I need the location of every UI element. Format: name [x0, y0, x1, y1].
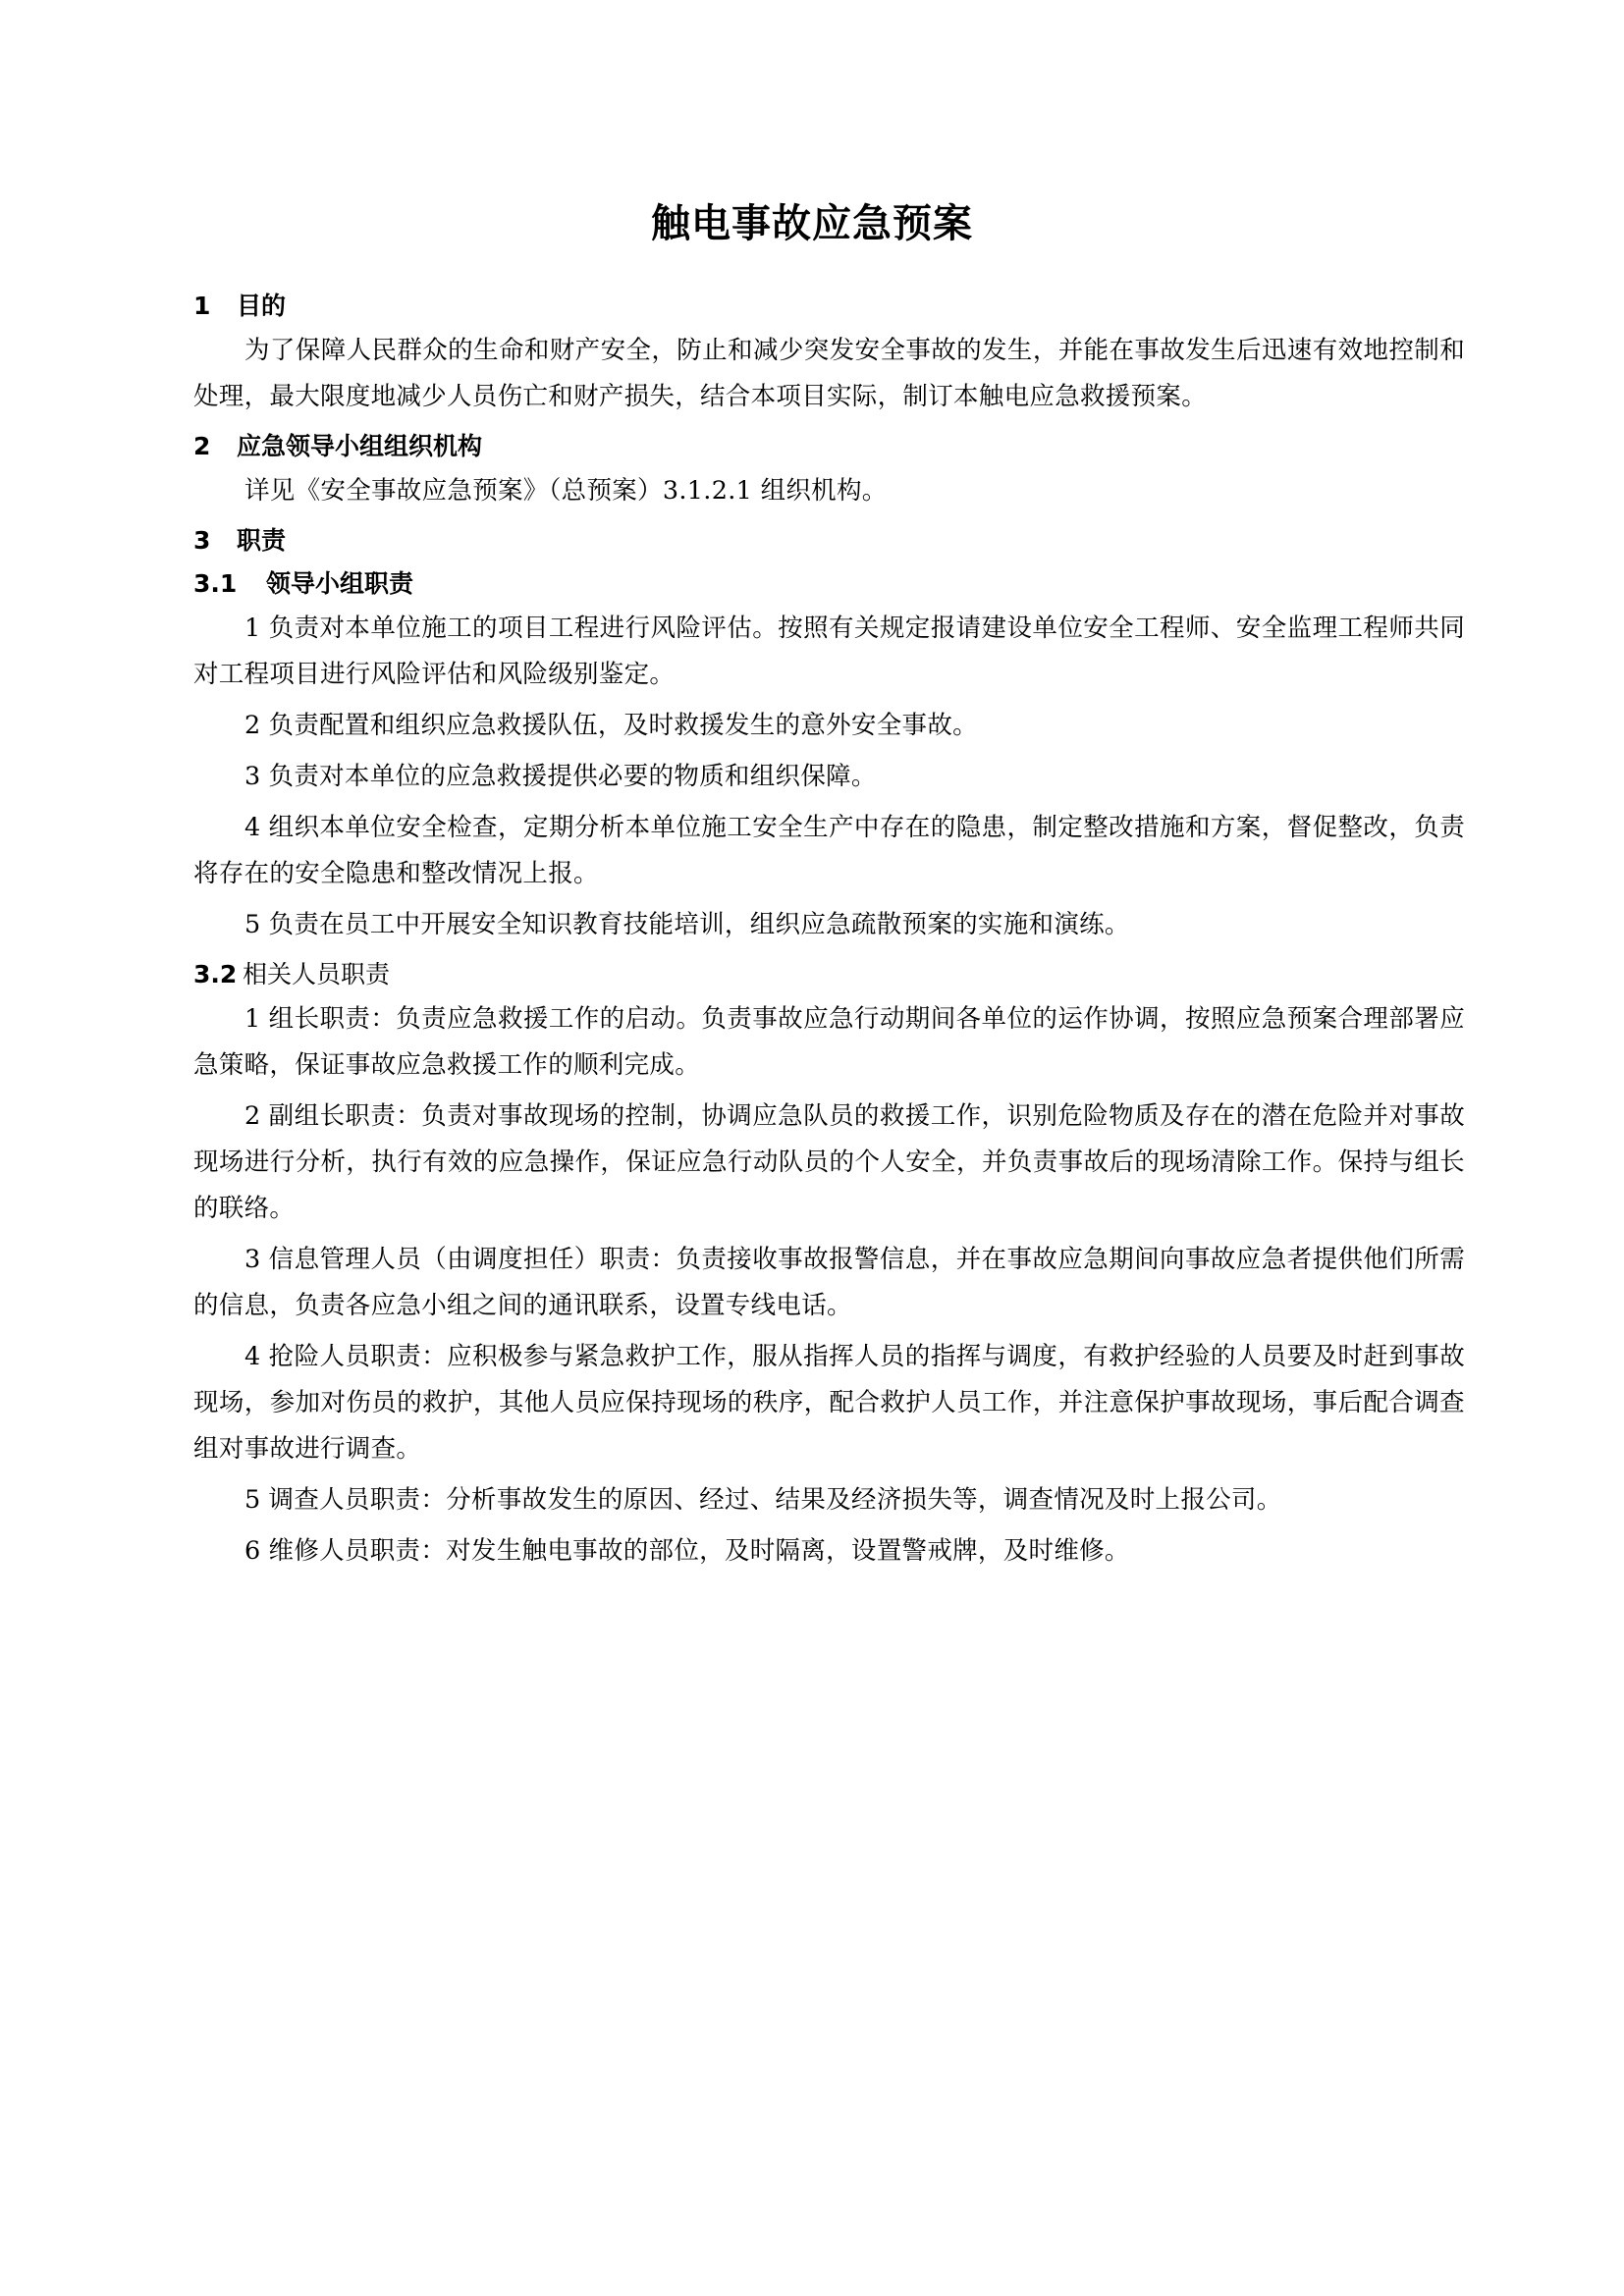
document-title: 触电事故应急预案	[0, 196, 1624, 251]
subsection-number: 3.1	[193, 562, 266, 606]
item-number: 3	[244, 1245, 261, 1274]
item-text: 副组长职责：负责对事故现场的控制，协调应急队员的救援工作，识别危险物质及存在的潜…	[193, 1101, 1465, 1223]
section-heading-organization: 2应急领导小组组织机构	[193, 425, 1465, 468]
list-item: 1组长职责：负责应急救援工作的启动。负责事故应急行动期间各单位的运作协调，按照应…	[193, 996, 1465, 1089]
paragraph-organization: 详见《安全事故应急预案》（总预案）3.1.2.1 组织机构。	[193, 468, 1465, 514]
item-text: 负责对本单位施工的项目工程进行风险评估。按照有关规定报请建设单位安全工程师、安全…	[193, 614, 1465, 689]
item-text: 抢险人员职责：应积极参与紧急救护工作，服从指挥人员的指挥与调度，有救护经验的人员…	[193, 1342, 1465, 1464]
list-item: 4抢险人员职责：应积极参与紧急救护工作，服从指挥人员的指挥与调度，有救护经验的人…	[193, 1334, 1465, 1472]
item-number: 6	[244, 1536, 261, 1566]
section-heading-purpose: 1目的	[193, 285, 1465, 328]
document-page: 触电事故应急预案 1目的 为了保障人民群众的生命和财产安全，防止和减少突发安全事…	[0, 0, 1624, 2296]
item-number: 5	[244, 910, 261, 939]
section-title: 目的	[237, 292, 286, 320]
item-number: 2	[244, 1101, 261, 1131]
subsection-title: 相关人员职责	[243, 960, 390, 988]
section-title: 职责	[237, 526, 286, 555]
item-number: 1	[244, 1004, 261, 1034]
item-number: 4	[244, 1342, 261, 1371]
section-heading-responsibilities: 3职责	[193, 519, 1465, 562]
section-number: 1	[193, 285, 237, 328]
list-item: 5调查人员职责：分析事故发生的原因、经过、结果及经济损失等，调查情况及时上报公司…	[193, 1477, 1465, 1523]
subsection-heading-leadership: 3.1领导小组职责	[193, 562, 1465, 606]
item-number: 4	[244, 813, 261, 842]
item-text: 组织本单位安全检查，定期分析本单位施工安全生产中存在的隐患，制定整改措施和方案，…	[193, 813, 1465, 888]
section-number: 3	[193, 519, 237, 562]
list-item: 2负责配置和组织应急救援队伍，及时救援发生的意外安全事故。	[193, 703, 1465, 749]
document-body: 1目的 为了保障人民群众的生命和财产安全，防止和减少突发安全事故的发生，并能在事…	[193, 285, 1465, 1579]
item-text: 负责配置和组织应急救援队伍，及时救援发生的意外安全事故。	[269, 711, 978, 740]
item-number: 2	[244, 711, 261, 740]
list-item: 5负责在员工中开展安全知识教育技能培训，组织应急疏散预案的实施和演练。	[193, 902, 1465, 948]
list-item: 1负责对本单位施工的项目工程进行风险评估。按照有关规定报请建设单位安全工程师、安…	[193, 606, 1465, 698]
item-text: 负责对本单位的应急救援提供必要的物质和组织保障。	[269, 762, 877, 791]
item-text: 负责在员工中开展安全知识教育技能培训，组织应急疏散预案的实施和演练。	[269, 910, 1130, 939]
item-number: 1	[244, 614, 261, 643]
subsection-title: 领导小组职责	[266, 569, 413, 598]
list-item: 3负责对本单位的应急救援提供必要的物质和组织保障。	[193, 754, 1465, 800]
item-text: 调查人员职责：分析事故发生的原因、经过、结果及经济损失等，调查情况及时上报公司。	[269, 1485, 1282, 1515]
section-number: 2	[193, 425, 237, 468]
list-item: 6维修人员职责：对发生触电事故的部位，及时隔离，设置警戒牌，及时维修。	[193, 1528, 1465, 1575]
paragraph-purpose: 为了保障人民群众的生命和财产安全，防止和减少突发安全事故的发生，并能在事故发生后…	[193, 328, 1465, 420]
item-text: 信息管理人员（由调度担任）职责：负责接收事故报警信息，并在事故应急期间向事故应急…	[193, 1245, 1465, 1320]
list-item: 3信息管理人员（由调度担任）职责：负责接收事故报警信息，并在事故应急期间向事故应…	[193, 1237, 1465, 1329]
list-item: 4组织本单位安全检查，定期分析本单位施工安全生产中存在的隐患，制定整改措施和方案…	[193, 805, 1465, 897]
item-number: 5	[244, 1485, 261, 1515]
item-text: 维修人员职责：对发生触电事故的部位，及时隔离，设置警戒牌，及时维修。	[269, 1536, 1130, 1566]
section-title: 应急领导小组组织机构	[237, 432, 482, 460]
subsection-heading-personnel: 3.2相关人员职责	[193, 953, 1465, 996]
subsection-number: 3.2	[193, 953, 243, 996]
list-item: 2副组长职责：负责对事故现场的控制，协调应急队员的救援工作，识别危险物质及存在的…	[193, 1094, 1465, 1232]
item-number: 3	[244, 762, 261, 791]
item-text: 组长职责：负责应急救援工作的启动。负责事故应急行动期间各单位的运作协调，按照应急…	[193, 1004, 1465, 1080]
